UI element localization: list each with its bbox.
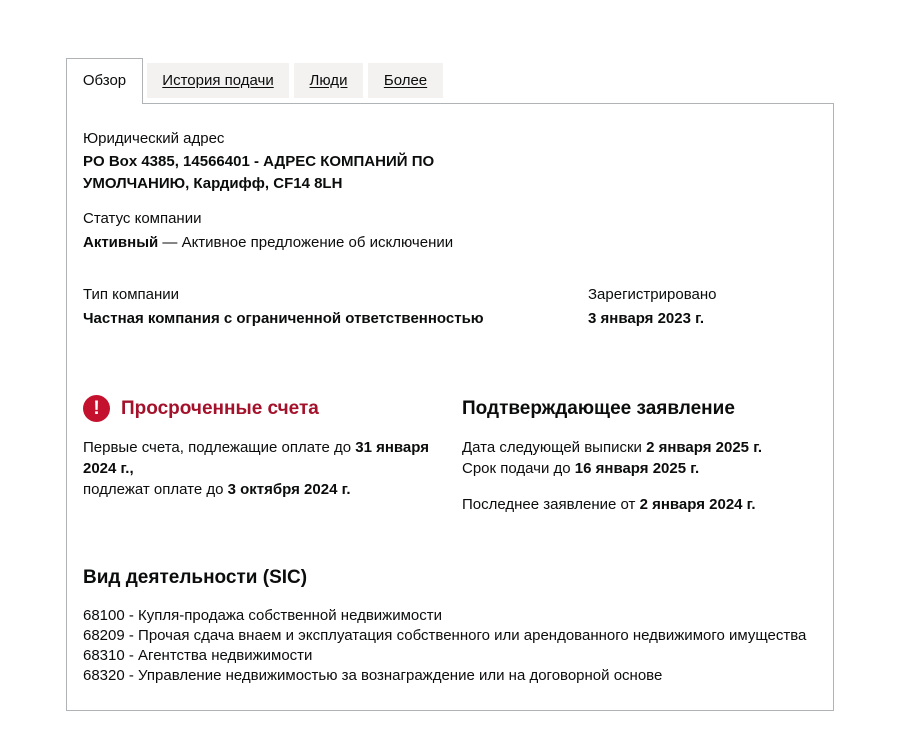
registered-address-value: PO Box 4385, 14566401 - АДРЕС КОМПАНИЙ П… xyxy=(83,151,434,195)
tab-more[interactable]: Более xyxy=(368,63,443,98)
accounts-first-due-date: 31 января xyxy=(355,439,429,456)
sic-item: 68320 - Управление недвижимостью за возн… xyxy=(83,666,806,686)
confirmation-statement-heading: Подтверждающее заявление xyxy=(462,397,735,421)
accounts-details: Первые счета, подлежащие оплате до 31 ян… xyxy=(83,437,443,500)
sic-heading: Вид деятельности (SIC) xyxy=(83,566,307,590)
incorporated-value: 3 января 2023 г. xyxy=(588,308,704,330)
company-type-label: Тип компании xyxy=(83,285,179,305)
sic-item: 68310 - Агентства недвижимости xyxy=(83,646,806,666)
accounts-overdue-heading: Просроченные счета xyxy=(121,397,319,421)
spacer xyxy=(462,479,762,494)
last-statement-line: Последнее заявление от 2 января 2024 г. xyxy=(462,494,762,515)
registered-address-line1: PO Box 4385, 14566401 - АДРЕС КОМПАНИЙ П… xyxy=(83,151,434,173)
next-statement-line: Дата следующей выписки 2 января 2025 г. xyxy=(462,437,762,458)
sic-item: 68209 - Прочая сдача внаем и эксплуатаци… xyxy=(83,626,806,646)
due-line: Срок подачи до 16 января 2025 г. xyxy=(462,458,762,479)
next-statement-date: 2 января 2025 г. xyxy=(646,439,762,456)
company-type-value: Частная компания с ограниченной ответств… xyxy=(83,308,484,330)
warning-icon: ! xyxy=(83,395,110,422)
overview-panel: Юридический адрес PO Box 4385, 14566401 … xyxy=(66,103,834,711)
sic-list: 68100 - Купля-продажа собственной недвиж… xyxy=(83,606,806,686)
due-date: 16 января 2025 г. xyxy=(575,460,699,477)
company-status: Активный — Активное предложение об исклю… xyxy=(83,232,453,253)
company-status-value: Активный xyxy=(83,234,158,251)
last-statement-date: 2 января 2024 г. xyxy=(640,496,756,513)
sic-item: 68100 - Купля-продажа собственной недвиж… xyxy=(83,606,806,626)
accounts-line2: 2024 г., xyxy=(83,458,443,479)
registered-address-line2: УМОЛЧАНИЮ, Кардифф, CF14 8LH xyxy=(83,173,434,195)
company-status-label: Статус компании xyxy=(83,209,201,229)
company-status-detail: — Активное предложение об исключении xyxy=(158,234,453,251)
confirmation-statement-details: Дата следующей выписки 2 января 2025 г. … xyxy=(462,437,762,515)
accounts-line3: подлежат оплате до 3 октября 2024 г. xyxy=(83,479,443,500)
tab-people[interactable]: Люди xyxy=(294,63,363,98)
tab-filing-history[interactable]: История подачи xyxy=(147,63,289,98)
tab-overview[interactable]: Обзор xyxy=(66,58,143,104)
accounts-line1: Первые счета, подлежащие оплате до 31 ян… xyxy=(83,437,443,458)
incorporated-label: Зарегистрировано xyxy=(588,285,716,305)
accounts-next-due-date: 3 октября 2024 г. xyxy=(228,481,351,498)
registered-address-label: Юридический адрес xyxy=(83,129,224,149)
company-overview-page: Обзор История подачи Люди Более Юридичес… xyxy=(0,0,899,746)
